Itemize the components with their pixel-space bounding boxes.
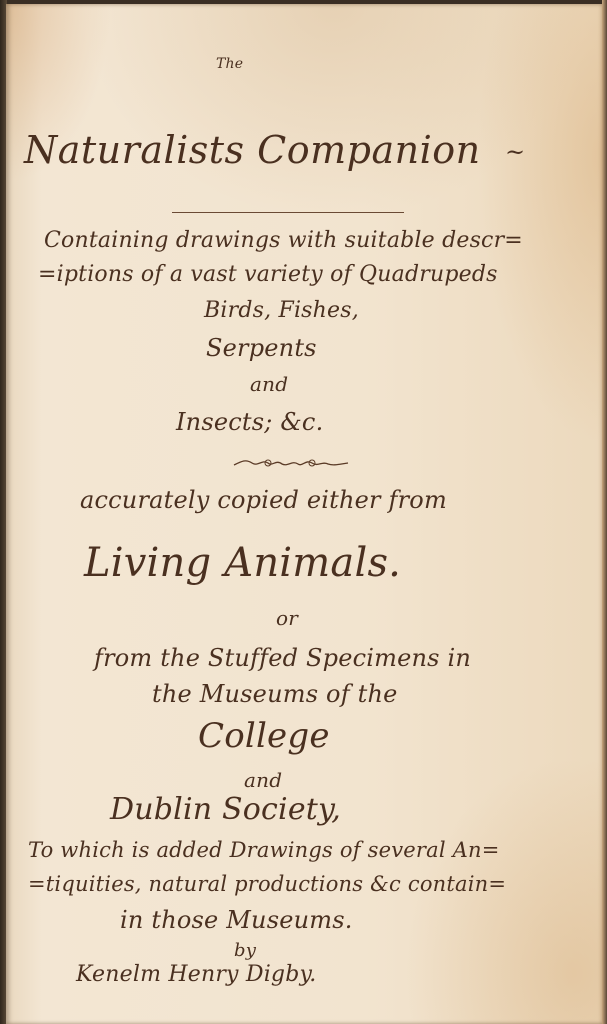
body-line-copied: accurately copied either from — [80, 486, 447, 514]
subtitle-line-5: and — [250, 372, 288, 396]
byline-by: by — [234, 940, 256, 961]
page-title: Naturalists Companion — [24, 128, 481, 172]
author-signature: Kenelm Henry Digby. — [76, 962, 316, 987]
ornament-flourish-icon — [232, 455, 350, 473]
body-line-college: College — [198, 716, 330, 756]
body-line-museums: the Museums of the — [152, 680, 398, 708]
subtitle-line-1: Containing drawings with suitable descr= — [44, 228, 523, 253]
body-line-living-animals: Living Animals. — [84, 540, 401, 586]
heading-the: The — [216, 56, 243, 72]
page-edge — [602, 0, 607, 1024]
body-line-dublin-society: Dublin Society, — [110, 792, 341, 827]
subtitle-line-2: =iptions of a vast variety of Quadrupeds — [38, 262, 498, 287]
subtitle-line-6: Insects; &c. — [176, 408, 323, 436]
title-underline — [172, 212, 404, 213]
subtitle-line-3: Birds, Fishes, — [204, 298, 359, 323]
body-line-and: and — [244, 768, 282, 792]
body-line-stuffed: from the Stuffed Specimens in — [94, 644, 471, 672]
body-line-or: or — [276, 606, 298, 630]
body-line-those-museums: in those Museums. — [120, 906, 353, 934]
title-flourish: ~ — [505, 138, 525, 166]
subtitle-line-4: Serpents — [206, 334, 317, 362]
body-line-antiquities: =tiquities, natural productions &c conta… — [28, 872, 506, 896]
body-line-added: To which is added Drawings of several An… — [28, 838, 500, 862]
